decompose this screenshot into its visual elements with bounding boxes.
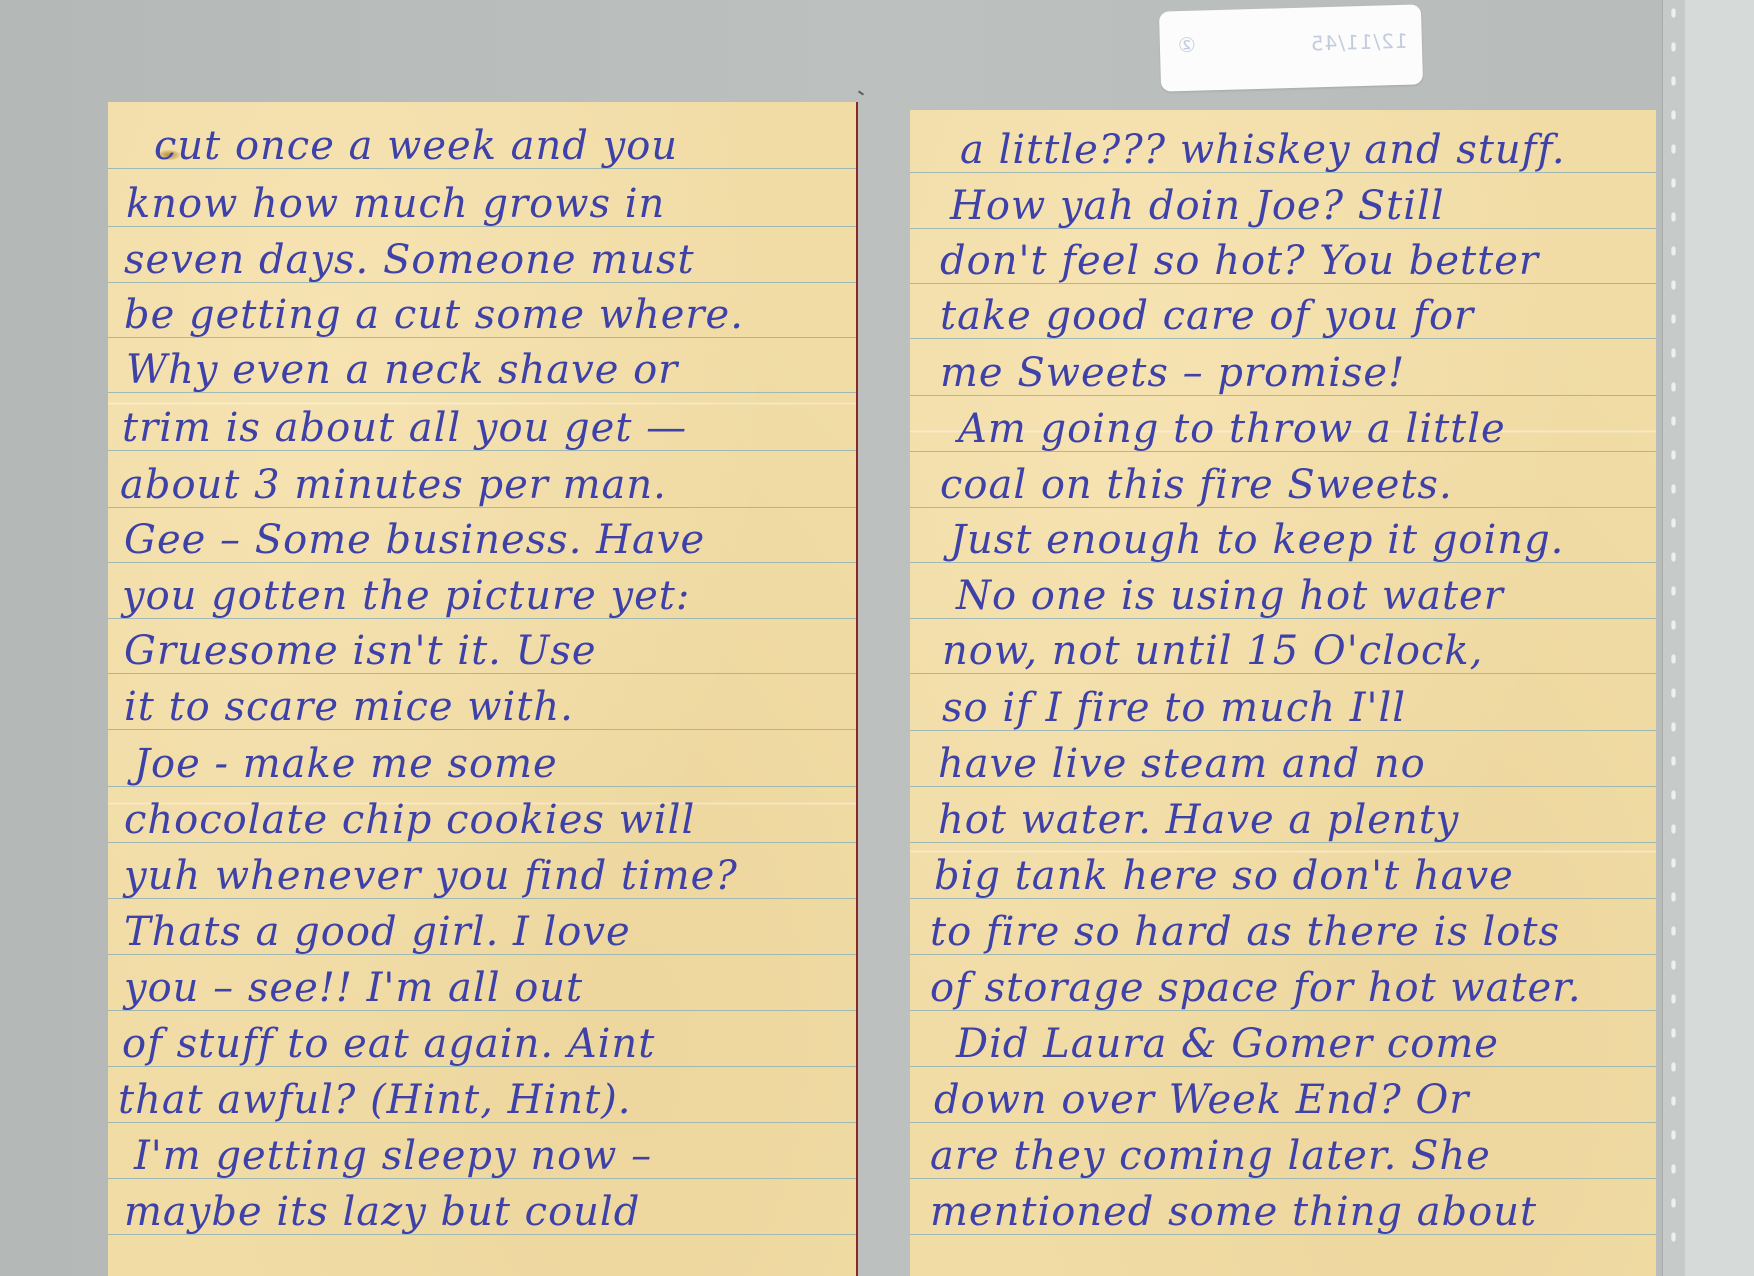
- handwritten-line: about 3 minutes per man.: [120, 465, 667, 505]
- handwritten-line: you gotten the picture yet:: [122, 576, 690, 616]
- handwritten-line: No one is using hot water: [956, 576, 1504, 616]
- letter-page-left: cut once a week and you know how much gr…: [108, 102, 858, 1276]
- handwritten-line: How yah doin Joe? Still: [950, 186, 1445, 226]
- handwritten-line: cut once a week and you: [154, 126, 678, 166]
- sheet-protector-margin: [1685, 0, 1754, 1276]
- handwritten-line: down over Week End? Or: [934, 1080, 1469, 1120]
- handwritten-line: so if I fire to much I'll: [942, 688, 1406, 728]
- handwritten-line: trim is about all you get —: [122, 408, 687, 448]
- handwritten-line: big tank here so don't have: [934, 856, 1514, 896]
- handwritten-line: a little??? whiskey and stuff.: [960, 130, 1566, 170]
- handwritten-line: are they coming later. She: [930, 1136, 1491, 1176]
- handwritten-line: know how much grows in: [126, 184, 665, 224]
- archive-label-sticker: ② 12/11/45: [1159, 4, 1423, 91]
- handwritten-line: Joe - make me some: [134, 744, 558, 784]
- handwritten-line: it to scare mice with.: [124, 687, 574, 727]
- handwritten-line: me Sweets – promise!: [940, 353, 1405, 393]
- handwritten-line: now, not until 15 O'clock,: [942, 631, 1483, 671]
- handwritten-line: mentioned some thing about: [930, 1192, 1537, 1232]
- handwritten-line: to fire so hard as there is lots: [930, 912, 1560, 952]
- label-mark-date: 12/11/45: [1310, 29, 1408, 56]
- handwritten-line: Thats a good girl. I love: [124, 912, 631, 952]
- handwritten-line: I'm getting sleepy now –: [134, 1136, 652, 1176]
- handwritten-line: that awful? (Hint, Hint).: [118, 1080, 631, 1120]
- handwritten-line: of stuff to eat again. Aint: [122, 1024, 655, 1064]
- handwritten-line: maybe its lazy but could: [124, 1192, 640, 1232]
- label-mark-number: ②: [1178, 33, 1197, 57]
- handwritten-line: Gruesome isn't it. Use: [124, 631, 597, 671]
- handwritten-line: of storage space for hot water.: [930, 968, 1582, 1008]
- handwritten-line: Am going to throw a little: [958, 409, 1506, 449]
- letter-page-right: a little??? whiskey and stuff. How yah d…: [910, 110, 1656, 1276]
- handwritten-line: don't feel so hot? You better: [940, 241, 1539, 281]
- handwritten-line: be getting a cut some where.: [124, 295, 744, 335]
- handwritten-line: take good care of you for: [940, 296, 1474, 336]
- handwritten-line: Gee – Some business. Have: [124, 520, 705, 560]
- handwritten-line: coal on this fire Sweets.: [940, 465, 1453, 505]
- handwritten-line: yuh whenever you find time?: [124, 856, 738, 896]
- sheet-protector-perforated-edge: [1662, 0, 1686, 1276]
- handwritten-line: you – see!! I'm all out: [124, 968, 583, 1008]
- handwritten-line: Did Laura & Gomer come: [956, 1024, 1499, 1064]
- handwritten-line: have live steam and no: [938, 744, 1426, 784]
- handwritten-line: hot water. Have a plenty: [938, 800, 1459, 840]
- handwritten-line: chocolate chip cookies will: [124, 800, 695, 840]
- handwritten-line: Why even a neck shave or: [126, 350, 678, 390]
- handwritten-line: Just enough to keep it going.: [950, 520, 1564, 560]
- handwritten-line: seven days. Someone must: [124, 240, 695, 280]
